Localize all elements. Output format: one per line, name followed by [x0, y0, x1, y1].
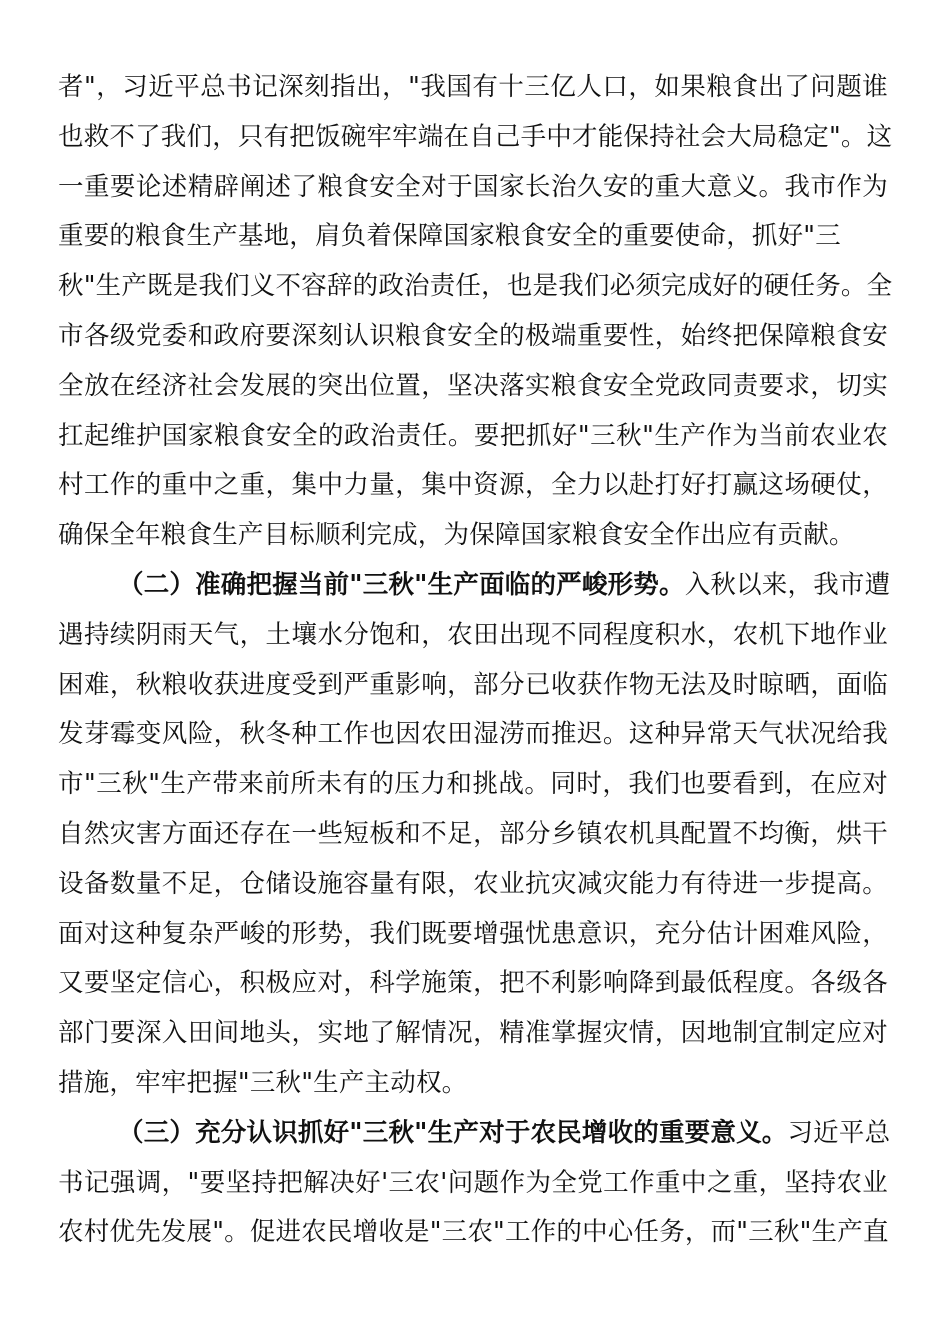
text-line: 重要的粮食生产基地，肩负着保障国家粮食安全的重要使命，抓好"三 [58, 212, 888, 262]
text-line: 一重要论述精辟阐述了粮食安全对于国家长治久安的重大意义。我市作为 [58, 163, 888, 213]
document-page: 者"，习近平总书记深刻指出，"我国有十三亿人口，如果粮食出了问题谁 也救不了我们… [58, 63, 888, 1258]
section-3-intro: 习近平总 [787, 1118, 890, 1148]
section-heading-2: （二）准确把握当前"三秋"生产面临的严峻形势。 [118, 570, 685, 600]
text-line: 农村优先发展"。促进农民增收是"三农"工作的中心任务，而"三秋"生产直 [58, 1208, 888, 1258]
paragraph-section-3: （三）充分认识抓好"三秋"生产对于农民增收的重要意义。习近平总 书记强调，"要坚… [58, 1109, 888, 1258]
section-2-intro: 入秋以来，我市遭 [685, 570, 891, 600]
text-line: 秋"生产既是我们义不容辞的政治责任，也是我们必须完成好的硬任务。全 [58, 262, 888, 312]
text-line: 又要坚定信心，积极应对，科学施策，把不利影响降到最低程度。各级各 [58, 959, 888, 1009]
text-line: 市"三秋"生产带来前所未有的压力和挑战。同时，我们也要看到，在应对 [58, 760, 888, 810]
text-line: 发芽霉变风险，秋冬种工作也因农田湿涝而推迟。这种异常天气状况给我 [58, 710, 888, 760]
text-line: 设备数量不足，仓储设施容量有限，农业抗灾减灾能力有待进一步提高。 [58, 860, 888, 910]
text-line: 困难，秋粮收获进度受到严重影响，部分已收获作物无法及时晾晒，面临 [58, 661, 888, 711]
text-line: 自然灾害方面还存在一些短板和不足，部分乡镇农机具配置不均衡，烘干 [58, 810, 888, 860]
paragraph-1: 者"，习近平总书记深刻指出，"我国有十三亿人口，如果粮食出了问题谁 也救不了我们… [58, 63, 888, 561]
text-line: 措施，牢牢把握"三秋"生产主动权。 [58, 1059, 888, 1109]
text-line: 确保全年粮食生产目标顺利完成，为保障国家粮食安全作出应有贡献。 [58, 511, 888, 561]
paragraph-section-2: （二）准确把握当前"三秋"生产面临的严峻形势。入秋以来，我市遭 遇持续阴雨天气，… [58, 561, 888, 1109]
text-line: 市各级党委和政府要深刻认识粮食安全的极端重要性，始终把保障粮食安 [58, 312, 888, 362]
section-heading-line: （三）充分认识抓好"三秋"生产对于农民增收的重要意义。习近平总 [58, 1109, 888, 1159]
text-line: 村工作的重中之重，集中力量，集中资源，全力以赴打好打赢这场硬仗， [58, 461, 888, 511]
section-heading-3: （三）充分认识抓好"三秋"生产对于农民增收的重要意义。 [118, 1118, 787, 1148]
text-line: 部门要深入田间地头，实地了解情况，精准掌握灾情，因地制宜制定应对 [58, 1009, 888, 1059]
text-line: 遇持续阴雨天气，土壤水分饱和，农田出现不同程度积水，农机下地作业 [58, 611, 888, 661]
text-line: 书记强调，"要坚持把解决好'三农'问题作为全党工作重中之重，坚持农业 [58, 1159, 888, 1209]
text-line: 面对这种复杂严峻的形势，我们既要增强忧患意识，充分估计困难风险， [58, 910, 888, 960]
text-line: 扛起维护国家粮食安全的政治责任。要把抓好"三秋"生产作为当前农业农 [58, 412, 888, 462]
section-heading-line: （二）准确把握当前"三秋"生产面临的严峻形势。入秋以来，我市遭 [58, 561, 888, 611]
text-line: 全放在经济社会发展的突出位置，坚决落实粮食安全党政同责要求，切实 [58, 362, 888, 412]
text-line: 也救不了我们，只有把饭碗牢牢端在自己手中才能保持社会大局稳定"。这 [58, 113, 888, 163]
text-line: 者"，习近平总书记深刻指出，"我国有十三亿人口，如果粮食出了问题谁 [58, 63, 888, 113]
